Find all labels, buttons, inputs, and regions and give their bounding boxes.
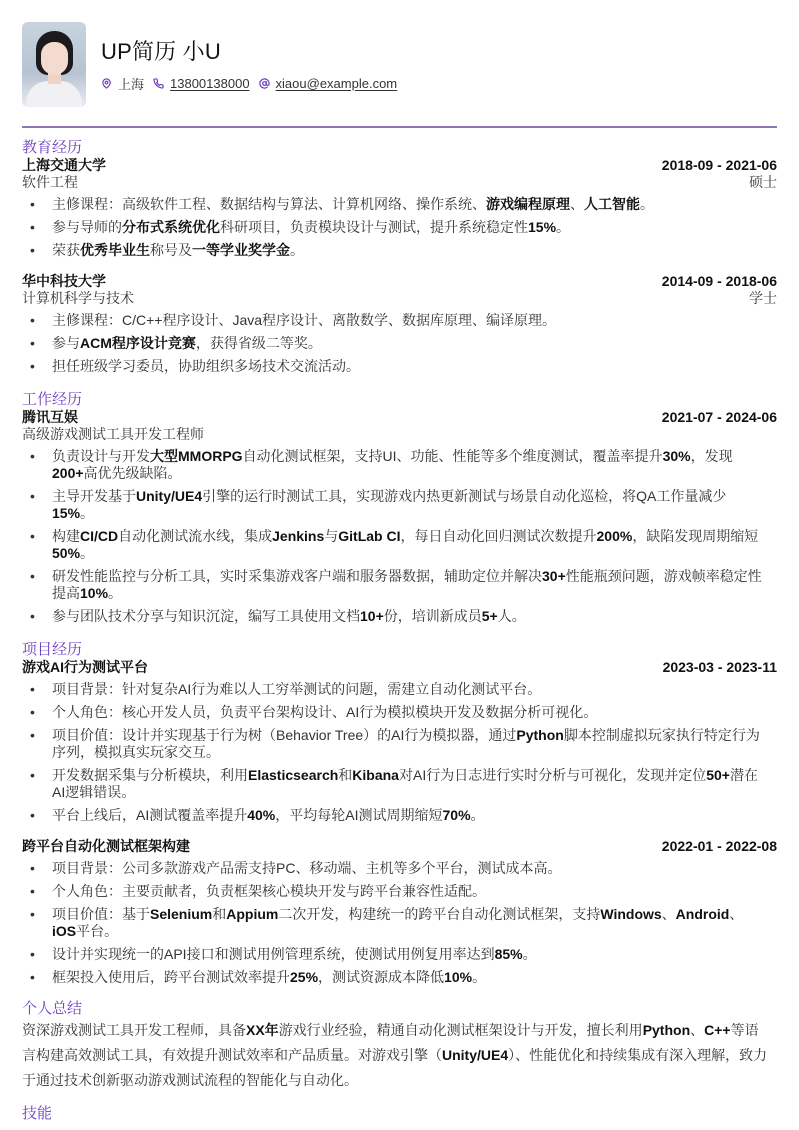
- bullet-list: 主修课程：高级软件工程、数据结构与算法、计算机网络、操作系统、游戏编程原理、人工…: [22, 196, 777, 259]
- bullet-item: 项目背景：公司多款游戏产品需支持PC、移动端、主机等多个平台，测试成本高。: [22, 860, 777, 877]
- bullet-item: 开发数据采集与分析模块，利用Elasticsearch和Kibana对AI行为日…: [22, 767, 777, 801]
- section-title-summary: 个人总结: [22, 1000, 777, 1018]
- bullet-item: 荣获优秀毕业生称号及一等学业奖学金。: [22, 242, 777, 259]
- project-entry: 游戏AI行为测试平台2023-03 - 2023-11 项目背景：针对复杂AI行…: [22, 659, 777, 824]
- bullet-item: 主修课程：高级软件工程、数据结构与算法、计算机网络、操作系统、游戏编程原理、人工…: [22, 196, 777, 213]
- location-text: 上海: [118, 74, 144, 93]
- job-title: 高级游戏测试工具开发工程师: [22, 426, 204, 443]
- bullet-item: 参与ACM程序设计竞赛，获得省级二等奖。: [22, 335, 777, 352]
- bullet-item: 个人角色：主要贡献者，负责框架核心模块开发与跨平台兼容性适配。: [22, 883, 777, 900]
- bullet-list: 主修课程：C/C++程序设计、Java程序设计、离散数学、数据库原理、编译原理。…: [22, 312, 777, 375]
- bullet-item: 参与导师的分布式系统优化科研项目，负责模块设计与测试，提升系统稳定性15%。: [22, 219, 777, 236]
- date-range: 2021-07 - 2024-06: [662, 409, 777, 426]
- section-projects: 项目经历 游戏AI行为测试平台2023-03 - 2023-11 项目背景：针对…: [22, 641, 777, 986]
- bullet-item: 框架投入使用后，跨平台测试效率提升25%，测试资源成本降低10%。: [22, 969, 777, 986]
- section-summary: 个人总结 资深游戏测试工具开发工程师，具备XX年游戏行业经验，精通自动化测试框架…: [22, 1000, 777, 1093]
- school-name: 华中科技大学: [22, 273, 106, 290]
- email-link[interactable]: xiaou@example.com: [276, 76, 398, 91]
- bullet-item: 参与团队技术分享与知识沉淀，编写工具使用文档10+份，培训新成员5+人。: [22, 608, 777, 625]
- bullet-list: 项目背景：针对复杂AI行为难以人工穷举测试的问题，需建立自动化测试平台。 个人角…: [22, 681, 777, 824]
- bullet-list: 项目背景：公司多款游戏产品需支持PC、移动端、主机等多个平台，测试成本高。 个人…: [22, 860, 777, 986]
- degree: 学士: [749, 290, 777, 307]
- map-pin-icon: [101, 78, 112, 89]
- company-name: 腾讯互娱: [22, 409, 78, 426]
- bullet-item: 主导开发基于Unity/UE4引擎的运行时测试工具，实现游戏内热更新测试与场景自…: [22, 488, 777, 522]
- bullet-item: 研发性能监控与分析工具，实时采集游戏客户端和服务器数据，辅助定位并解决30+性能…: [22, 568, 777, 602]
- school-name: 上海交通大学: [22, 157, 106, 174]
- bullet-item: 个人角色：核心开发人员，负责平台架构设计、AI行为模拟模块开发及数据分析可视化。: [22, 704, 777, 721]
- section-skills: 技能: [22, 1105, 777, 1123]
- date-range: 2022-01 - 2022-08: [662, 838, 777, 855]
- project-name: 游戏AI行为测试平台: [22, 659, 148, 676]
- header-divider: [22, 126, 777, 128]
- summary-text: 资深游戏测试工具开发工程师，具备XX年游戏行业经验，精通自动化测试框架设计与开发…: [22, 1018, 777, 1093]
- bullet-item: 平台上线后，AI测试覆盖率提升40%，平均每轮AI测试周期缩短70%。: [22, 807, 777, 824]
- section-title-work: 工作经历: [22, 391, 777, 409]
- date-range: 2023-03 - 2023-11: [663, 659, 777, 676]
- major: 计算机科学与技术: [22, 290, 134, 307]
- date-range: 2014-09 - 2018-06: [662, 273, 777, 290]
- phone-icon: [153, 78, 164, 89]
- section-title-skills: 技能: [22, 1105, 777, 1123]
- education-entry: 上海交通大学2018-09 - 2021-06 软件工程硕士 主修课程：高级软件…: [22, 157, 777, 259]
- section-education: 教育经历 上海交通大学2018-09 - 2021-06 软件工程硕士 主修课程…: [22, 139, 777, 375]
- contact-email: xiaou@example.com: [259, 76, 398, 91]
- avatar-photo: [22, 22, 86, 107]
- date-range: 2018-09 - 2021-06: [662, 157, 777, 174]
- project-name: 跨平台自动化测试框架构建: [22, 838, 190, 855]
- contact-row: 上海 13800138000 xiaou@example.com: [101, 74, 406, 93]
- phone-link[interactable]: 13800138000: [170, 76, 250, 91]
- contact-phone: 13800138000: [153, 76, 250, 91]
- contact-location: 上海: [101, 74, 144, 93]
- bullet-item: 主修课程：C/C++程序设计、Java程序设计、离散数学、数据库原理、编译原理。: [22, 312, 777, 329]
- education-entry: 华中科技大学2014-09 - 2018-06 计算机科学与技术学士 主修课程：…: [22, 273, 777, 375]
- bullet-item: 项目背景：针对复杂AI行为难以人工穷举测试的问题，需建立自动化测试平台。: [22, 681, 777, 698]
- header-info: UP简历 小U 上海 13800138000 xiaou@example.com: [101, 22, 406, 93]
- project-entry: 跨平台自动化测试框架构建2022-01 - 2022-08 项目背景：公司多款游…: [22, 838, 777, 986]
- bullet-item: 负责设计与开发大型MMORPG自动化测试框架，支持UI、功能、性能等多个维度测试…: [22, 448, 777, 482]
- bullet-item: 构建CI/CD自动化测试流水线，集成Jenkins与GitLab CI，每日自动…: [22, 528, 777, 562]
- resume-page: UP简历 小U 上海 13800138000 xiaou@example.com…: [0, 0, 799, 1123]
- section-title-projects: 项目经历: [22, 641, 777, 659]
- at-sign-icon: [259, 78, 270, 89]
- bullet-item: 设计并实现统一的API接口和测试用例管理系统，使测试用例复用率达到85%。: [22, 946, 777, 963]
- degree: 硕士: [749, 174, 777, 191]
- bullet-list: 负责设计与开发大型MMORPG自动化测试框架，支持UI、功能、性能等多个维度测试…: [22, 448, 777, 625]
- work-entry: 腾讯互娱2021-07 - 2024-06 高级游戏测试工具开发工程师 负责设计…: [22, 409, 777, 625]
- candidate-name: UP简历 小U: [101, 38, 406, 66]
- section-title-education: 教育经历: [22, 139, 777, 157]
- bullet-item: 担任班级学习委员，协助组织多场技术交流活动。: [22, 358, 777, 375]
- bullet-item: 项目价值：设计并实现基于行为树（Behavior Tree）的AI行为模拟器，通…: [22, 727, 777, 761]
- major: 软件工程: [22, 174, 78, 191]
- resume-header: UP简历 小U 上海 13800138000 xiaou@example.com: [22, 22, 777, 108]
- bullet-item: 项目价值：基于Selenium和Appium二次开发，构建统一的跨平台自动化测试…: [22, 906, 777, 940]
- section-work: 工作经历 腾讯互娱2021-07 - 2024-06 高级游戏测试工具开发工程师…: [22, 391, 777, 625]
